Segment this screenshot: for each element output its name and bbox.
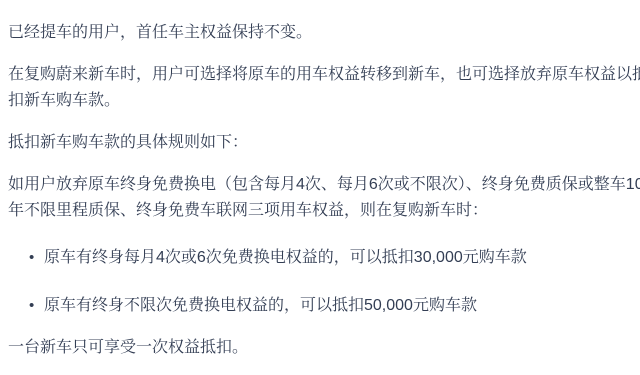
list-item-unlimited-swap-deduction: • 原车有终身不限次免费换电权益的，可以抵扣50,000元购车款 xyxy=(8,293,636,319)
paragraph-waived-benefits: 如用户放弃原车终身免费换电（包含每月4次、每月6次或不限次）、终身免费质保或整车… xyxy=(8,172,636,224)
article-content: 已经提车的用户，首任车主权益保持不变。 在复购蔚来新车时，用户可选择将原车的用车… xyxy=(0,0,640,375)
deduction-rules-list: • 原车有终身每月4次或6次免费换电权益的，可以抵扣30,000元购车款 • 原… xyxy=(8,245,636,319)
paragraph-line: 已经提车的用户，首任车主权益保持不变。 xyxy=(8,20,636,46)
bullet-icon: • xyxy=(29,293,34,319)
list-item-text: 原车有终身不限次免费换电权益的，可以抵扣50,000元购车款 xyxy=(44,293,636,319)
list-item-text: 原车有终身每月4次或6次免费换电权益的，可以抵扣30,000元购车款 xyxy=(44,245,636,271)
paragraph-line: 一台新车只可享受一次权益抵扣。 xyxy=(8,335,636,361)
paragraph-repurchase-options: 在复购蔚来新车时，用户可选择将原车的用车权益转移到新车，也可选择放弃原车权益以抵… xyxy=(8,62,636,114)
bullet-icon: • xyxy=(29,245,34,271)
paragraph-rules-intro: 抵扣新车购车款的具体规则如下： xyxy=(8,130,636,156)
paragraph-closing: 一台新车只可享受一次权益抵扣。 xyxy=(8,335,636,361)
paragraph-line: 在复购蔚来新车时，用户可选择将原车的用车权益转移到新车，也可选择放弃原车权益以抵 xyxy=(8,62,636,88)
paragraph-line: 扣新车购车款。 xyxy=(8,88,636,114)
paragraph-first-owner-rights: 已经提车的用户，首任车主权益保持不变。 xyxy=(8,20,636,46)
list-item-monthly-swap-deduction: • 原车有终身每月4次或6次免费换电权益的，可以抵扣30,000元购车款 xyxy=(8,245,636,271)
paragraph-line: 年不限里程质保、终身免费车联网三项用车权益，则在复购新车时： xyxy=(8,198,636,224)
paragraph-line: 抵扣新车购车款的具体规则如下： xyxy=(8,130,636,156)
paragraph-line: 如用户放弃原车终身免费换电（包含每月4次、每月6次或不限次）、终身免费质保或整车… xyxy=(8,172,636,198)
